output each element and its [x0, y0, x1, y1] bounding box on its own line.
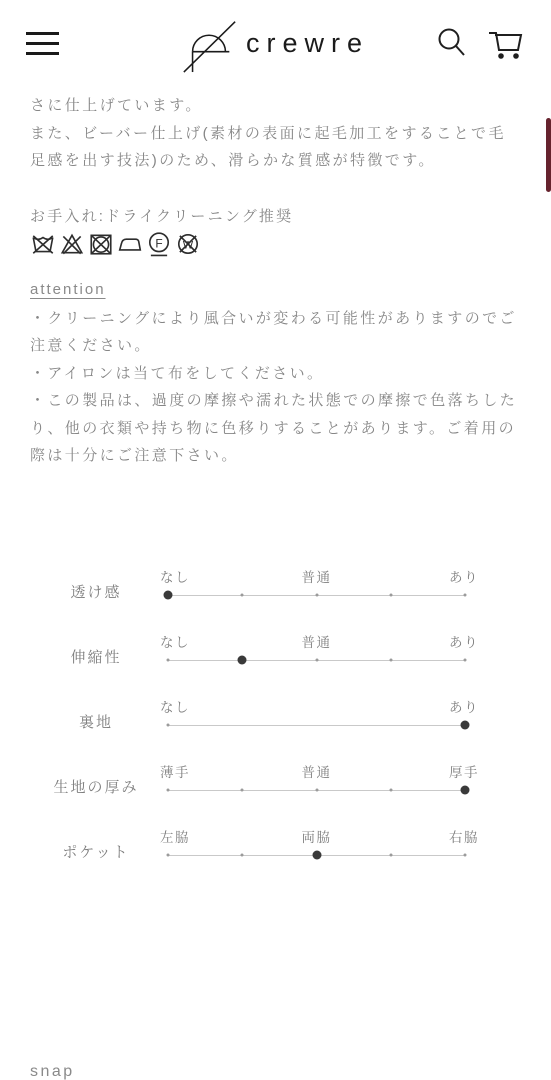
scrollbar-thumb[interactable]	[546, 118, 551, 192]
scale-tick	[315, 594, 318, 597]
attribute-scale: 薄手普通厚手	[168, 751, 465, 816]
scale-label-center: 両脇	[302, 826, 332, 846]
svg-text:F: F	[155, 236, 162, 250]
scale-label-right: あり	[449, 566, 479, 586]
hamburger-icon	[26, 42, 59, 45]
scale-tick	[167, 789, 170, 792]
scale-label-left: なし	[160, 696, 190, 716]
attribute-scale: 左脇両脇右脇	[168, 816, 465, 881]
scale-label-right: あり	[449, 696, 479, 716]
attribute-row-label: 生地の厚み	[30, 751, 162, 816]
scale-tick	[389, 854, 392, 857]
brand-logo[interactable]: crewre	[182, 13, 369, 73]
brand-name: crewre	[246, 28, 369, 59]
attribute-scale-inner: なし普通あり	[168, 566, 465, 616]
attribute-scale: なし普通あり	[168, 556, 465, 621]
attribute-row: 透け感なし普通あり	[0, 556, 551, 621]
iron-icon	[117, 231, 143, 257]
scale-tick	[464, 854, 467, 857]
attribute-scale: なしあり	[168, 686, 465, 751]
product-description: さに仕上げています。 また、ビーバー仕上げ(素材の表面に起毛加工をすることで毛足…	[0, 86, 551, 470]
search-icon[interactable]	[435, 25, 469, 61]
attention-item: ・この製品は、過度の摩擦や濡れた状態での摩擦で色落ちしたり、他の衣類や持ち物に色…	[30, 387, 522, 470]
scale-track	[168, 725, 465, 726]
scale-label-left: 左脇	[160, 826, 190, 846]
attention-item: ・アイロンは当て布をしてください。	[30, 360, 522, 388]
scale-value-dot	[461, 721, 470, 730]
description-line: また、ビーバー仕上げ(素材の表面に起毛加工をすることで毛足感を出す技法)のため、…	[30, 120, 522, 175]
description-line: さに仕上げています。	[30, 92, 522, 120]
svg-text:W: W	[183, 239, 194, 251]
scale-value-dot	[238, 656, 247, 665]
attribute-row-label: 透け感	[30, 556, 162, 621]
scale-tick	[389, 659, 392, 662]
attribute-row: ポケット左脇両脇右脇	[0, 816, 551, 881]
scale-tick	[167, 724, 170, 727]
scale-tick	[167, 659, 170, 662]
scale-tick	[389, 594, 392, 597]
scale-label-left: 薄手	[160, 761, 190, 781]
scale-tick	[315, 659, 318, 662]
scale-label-right: あり	[449, 631, 479, 651]
attribute-scale-inner: なしあり	[168, 696, 465, 746]
do-not-tumble-dry-icon	[88, 231, 114, 257]
attribute-scale: なし普通あり	[168, 621, 465, 686]
description-paragraph: さに仕上げています。 また、ビーバー仕上げ(素材の表面に起毛加工をすることで毛足…	[30, 92, 522, 175]
attribute-row-label: 伸縮性	[30, 621, 162, 686]
scale-tick	[315, 789, 318, 792]
attributes-chart: 透け感なし普通あり伸縮性なし普通あり裏地なしあり生地の厚み薄手普通厚手ポケット左…	[0, 556, 551, 881]
attribute-row-label: 裏地	[30, 686, 162, 751]
attention-list: ・クリーニングにより風合いが変わる可能性がありますのでご注意ください。・アイロン…	[30, 305, 522, 470]
scale-tick	[389, 789, 392, 792]
attribute-row: 伸縮性なし普通あり	[0, 621, 551, 686]
scale-label-center: 普通	[302, 761, 332, 781]
attribute-row-label: ポケット	[30, 816, 162, 881]
scale-label-right: 厚手	[449, 761, 479, 781]
scale-label-left: なし	[160, 566, 190, 586]
header-actions	[435, 25, 525, 61]
scale-value-dot	[461, 786, 470, 795]
scale-label-right: 右脇	[449, 826, 479, 846]
attribute-scale-inner: 左脇両脇右脇	[168, 826, 465, 876]
scale-tick	[464, 659, 467, 662]
brand-logo-icon	[182, 13, 236, 73]
attention-heading: attention	[30, 281, 106, 298]
dry-clean-f-gentle-icon: F	[146, 231, 172, 257]
attribute-scale-inner: 薄手普通厚手	[168, 761, 465, 811]
hamburger-icon	[26, 32, 59, 35]
header: crewre	[0, 0, 551, 86]
attribute-row: 生地の厚み薄手普通厚手	[0, 751, 551, 816]
scale-value-dot	[312, 851, 321, 860]
care-instructions-label: お手入れ:ドライクリーニング推奨	[30, 205, 522, 226]
product-page: crewre さに仕上げています。 また、ビーバー仕上げ(素材の表面に起毛加工	[0, 0, 551, 1080]
scale-tick	[464, 594, 467, 597]
menu-button[interactable]	[26, 25, 59, 62]
scale-label-center: 普通	[302, 631, 332, 651]
scale-tick	[241, 789, 244, 792]
scale-label-left: なし	[160, 631, 190, 651]
hamburger-icon	[26, 52, 59, 55]
scale-value-dot	[164, 591, 173, 600]
scale-tick	[241, 854, 244, 857]
care-symbols: F W	[30, 231, 522, 257]
scale-label-center: 普通	[302, 566, 332, 586]
cart-icon[interactable]	[485, 25, 525, 61]
attention-item: ・クリーニングにより風合いが変わる可能性がありますのでご注意ください。	[30, 305, 522, 360]
do-not-bleach-icon	[59, 231, 85, 257]
do-not-wash-icon	[30, 231, 56, 257]
snap-section-heading: snap	[30, 1063, 75, 1080]
do-not-wet-clean-icon: W	[175, 231, 201, 257]
scale-tick	[241, 594, 244, 597]
attribute-scale-inner: なし普通あり	[168, 631, 465, 681]
scale-tick	[167, 854, 170, 857]
attribute-row: 裏地なしあり	[0, 686, 551, 751]
